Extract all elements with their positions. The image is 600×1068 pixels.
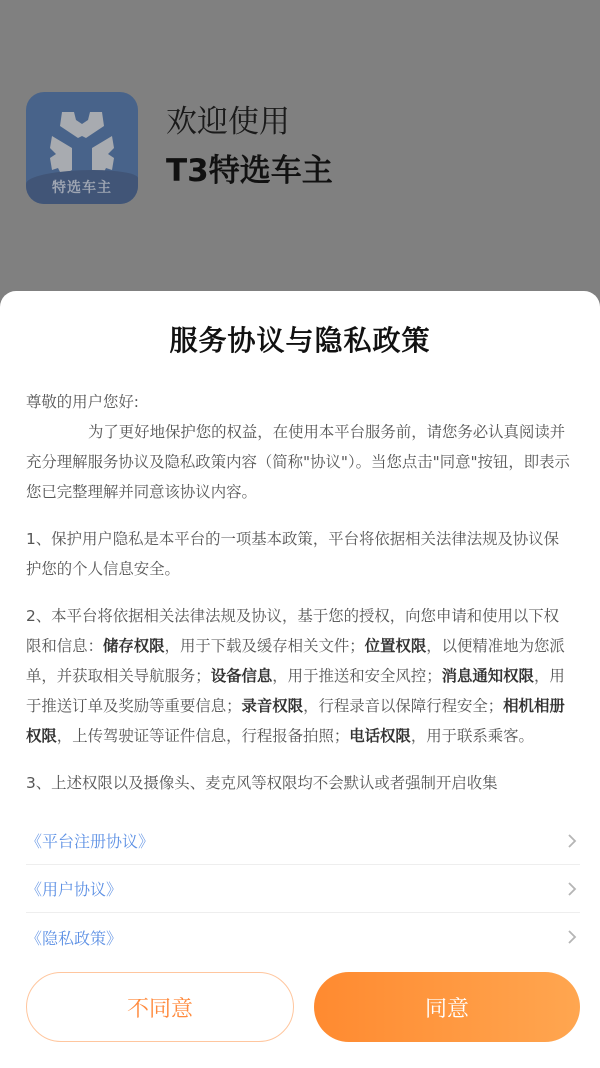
permission-desc: ，用于推送和安全风控；	[272, 667, 441, 685]
chevron-right-icon	[564, 833, 580, 849]
chevron-right-icon	[564, 881, 580, 897]
permission-desc: ，用于下载及缓存相关文件；	[165, 637, 365, 655]
link-user-agreement[interactable]: 《用户协议》	[26, 865, 580, 913]
disagree-button[interactable]: 不同意	[26, 972, 294, 1042]
greeting: 尊敬的用户您好:	[26, 387, 574, 417]
agreement-links: 《平台注册协议》 《用户协议》 《隐私政策》	[26, 817, 580, 961]
point-3: 3、上述权限以及摄像头、麦克风等权限均不会默认或者强制开启收集	[26, 768, 574, 798]
permission-phone: 电话权限	[349, 727, 411, 745]
link-label[interactable]: 《隐私政策》	[26, 926, 122, 949]
chevron-right-icon	[564, 929, 580, 945]
dialog-actions: 不同意 同意	[26, 972, 580, 1042]
intro-paragraph: 为了更好地保护您的权益，在使用本平台服务前，请您务必认真阅读并充分理解服务协议及…	[26, 417, 574, 507]
point-1: 1、保护用户隐私是本平台的一项基本政策，平台将依据相关法律法规及协议保护您的个人…	[26, 524, 574, 584]
permission-storage: 储存权限	[103, 637, 165, 655]
agree-button[interactable]: 同意	[314, 972, 580, 1042]
permission-location: 位置权限	[365, 637, 427, 655]
agreement-content[interactable]: 尊敬的用户您好: 为了更好地保护您的权益，在使用本平台服务前，请您务必认真阅读并…	[0, 387, 600, 798]
permission-desc: ，上传驾驶证等证件信息，行程报备拍照；	[57, 727, 349, 745]
app-icon-label: 特选车主	[26, 170, 138, 204]
app-name: T3特选车主	[166, 147, 333, 195]
link-label[interactable]: 《平台注册协议》	[26, 829, 154, 852]
link-platform-registration[interactable]: 《平台注册协议》	[26, 817, 580, 865]
app-icon: 特选车主	[26, 92, 138, 204]
permission-desc: ，用于联系乘客。	[411, 727, 534, 745]
welcome-header: 特选车主 欢迎使用 T3特选车主	[26, 92, 333, 204]
privacy-dialog: 服务协议与隐私政策 尊敬的用户您好: 为了更好地保护您的权益，在使用本平台服务前…	[0, 291, 600, 1068]
permission-device: 设备信息	[211, 667, 273, 685]
link-privacy-policy[interactable]: 《隐私政策》	[26, 913, 580, 961]
permission-desc: ，行程录音以保障行程安全；	[303, 697, 503, 715]
welcome-text: 欢迎使用	[166, 101, 333, 143]
permission-notification: 消息通知权限	[442, 667, 534, 685]
dialog-title: 服务协议与隐私政策	[0, 319, 600, 359]
link-label[interactable]: 《用户协议》	[26, 877, 122, 900]
point-2: 2、本平台将依据相关法律法规及协议，基于您的授权，向您申请和使用以下权限和信息：…	[26, 601, 574, 751]
permission-audio: 录音权限	[241, 697, 303, 715]
